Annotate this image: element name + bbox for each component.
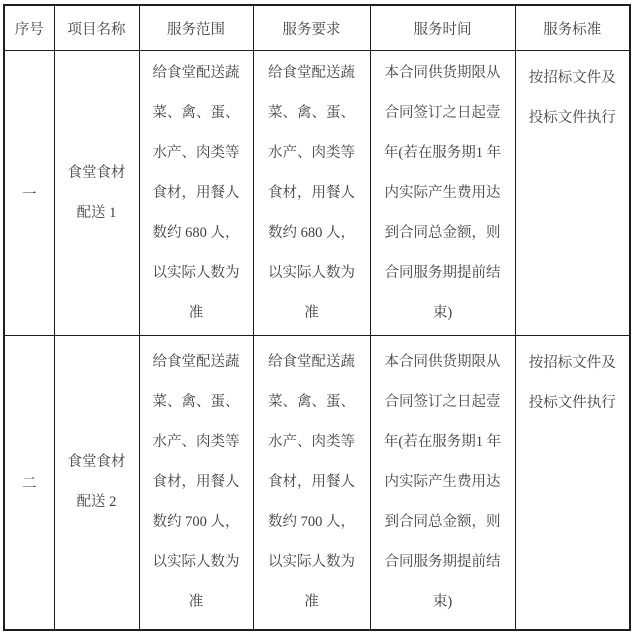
text-line: 水产、肉类等: [254, 133, 370, 173]
cell-service-time: 本合同供货期限从合同签订之日起壹年(若在服务期1 年内实际产生费用达到合同总金额…: [370, 336, 515, 630]
text-line: 食材，用餐人: [254, 173, 370, 213]
text-line: 准: [140, 582, 253, 622]
text-line: 投标文件执行: [516, 98, 630, 138]
text-line: 食堂食材: [55, 442, 139, 482]
text-line: 给食堂配送蔬: [254, 53, 370, 93]
cell-service-requirement: 给食堂配送蔬菜、禽、蛋、水产、肉类等食材，用餐人数约 680 人，以实际人数为准: [253, 51, 370, 336]
text-line: 以实际人数为: [254, 542, 370, 582]
text-line: 给食堂配送蔬: [140, 342, 253, 382]
text-line: 本合同供货期限从: [371, 342, 515, 382]
text-line: 合同签订之日起壹: [371, 93, 515, 133]
cell-seq: 一: [4, 51, 54, 336]
text-line: 年(若在服务期1 年: [371, 133, 515, 173]
text-line: 菜、禽、蛋、: [254, 93, 370, 133]
text-line: 按招标文件及: [516, 58, 630, 98]
text-line: 数约 680 人，: [254, 213, 370, 253]
text-line: 给食堂配送蔬: [140, 53, 253, 93]
text-line: 本合同供货期限从: [371, 53, 515, 93]
cell-service-standard: 按招标文件及投标文件执行: [515, 336, 630, 630]
cell-service-scope: 给食堂配送蔬菜、禽、蛋、水产、肉类等食材，用餐人数约 680 人，以实际人数为准: [139, 51, 253, 336]
text-line: 按招标文件及: [516, 343, 630, 383]
text-line: 到合同总金额，则: [371, 213, 515, 253]
text-line: 到合同总金额，则: [371, 502, 515, 542]
header-service-time: 服务时间: [370, 5, 515, 51]
text-line: 菜、禽、蛋、: [254, 382, 370, 422]
text-line: 以实际人数为: [140, 542, 253, 582]
cell-project-name: 食堂食材配送 1: [54, 51, 139, 336]
text-line: 以实际人数为: [254, 253, 370, 293]
text-line: 水产、肉类等: [140, 422, 253, 462]
text-line: 投标文件执行: [516, 383, 630, 423]
cell-service-requirement: 给食堂配送蔬菜、禽、蛋、水产、肉类等食材，用餐人数约 700 人，以实际人数为准: [253, 336, 370, 630]
text-line: 准: [254, 582, 370, 622]
header-service-standard: 服务标准: [515, 5, 630, 51]
text-line: 数约 680 人，: [140, 213, 253, 253]
text-line: 束): [371, 582, 515, 622]
table-header-row: 序号 项目名称 服务范围 服务要求 服务时间 服务标准: [4, 5, 630, 51]
text-line: 合同服务期提前结: [371, 253, 515, 293]
header-service-requirement: 服务要求: [253, 5, 370, 51]
header-service-scope: 服务范围: [139, 5, 253, 51]
cell-project-name: 食堂食材配送 2: [54, 336, 139, 630]
text-line: 内实际产生费用达: [371, 462, 515, 502]
services-table: 序号 项目名称 服务范围 服务要求 服务时间 服务标准 一 食堂食材配送 1 给…: [3, 4, 631, 631]
text-line: 束): [371, 293, 515, 333]
text-line: 内实际产生费用达: [371, 173, 515, 213]
text-line: 以实际人数为: [140, 253, 253, 293]
cell-service-standard: 按招标文件及投标文件执行: [515, 51, 630, 336]
table-row: 二 食堂食材配送 2 给食堂配送蔬菜、禽、蛋、水产、肉类等食材，用餐人数约 70…: [4, 336, 630, 630]
text-line: 配送 1: [55, 193, 139, 233]
cell-service-time: 本合同供货期限从合同签订之日起壹年(若在服务期1 年内实际产生费用达到合同总金额…: [370, 51, 515, 336]
table-row: 一 食堂食材配送 1 给食堂配送蔬菜、禽、蛋、水产、肉类等食材，用餐人数约 68…: [4, 51, 630, 336]
text-line: 数约 700 人，: [254, 502, 370, 542]
text-line: 数约 700 人，: [140, 502, 253, 542]
text-line: 配送 2: [55, 482, 139, 522]
text-line: 食材，用餐人: [140, 173, 253, 213]
header-seq: 序号: [4, 5, 54, 51]
text-line: 食材，用餐人: [254, 462, 370, 502]
text-line: 水产、肉类等: [140, 133, 253, 173]
cell-service-scope: 给食堂配送蔬菜、禽、蛋、水产、肉类等食材，用餐人数约 700 人，以实际人数为准: [139, 336, 253, 630]
text-line: 食堂食材: [55, 153, 139, 193]
text-line: 水产、肉类等: [254, 422, 370, 462]
text-line: 准: [140, 293, 253, 333]
text-line: 合同签订之日起壹: [371, 382, 515, 422]
text-line: 年(若在服务期1 年: [371, 422, 515, 462]
header-project-name: 项目名称: [54, 5, 139, 51]
text-line: 食材，用餐人: [140, 462, 253, 502]
text-line: 给食堂配送蔬: [254, 342, 370, 382]
text-line: 合同服务期提前结: [371, 542, 515, 582]
text-line: 菜、禽、蛋、: [140, 93, 253, 133]
text-line: 准: [254, 293, 370, 333]
cell-seq: 二: [4, 336, 54, 630]
text-line: 菜、禽、蛋、: [140, 382, 253, 422]
